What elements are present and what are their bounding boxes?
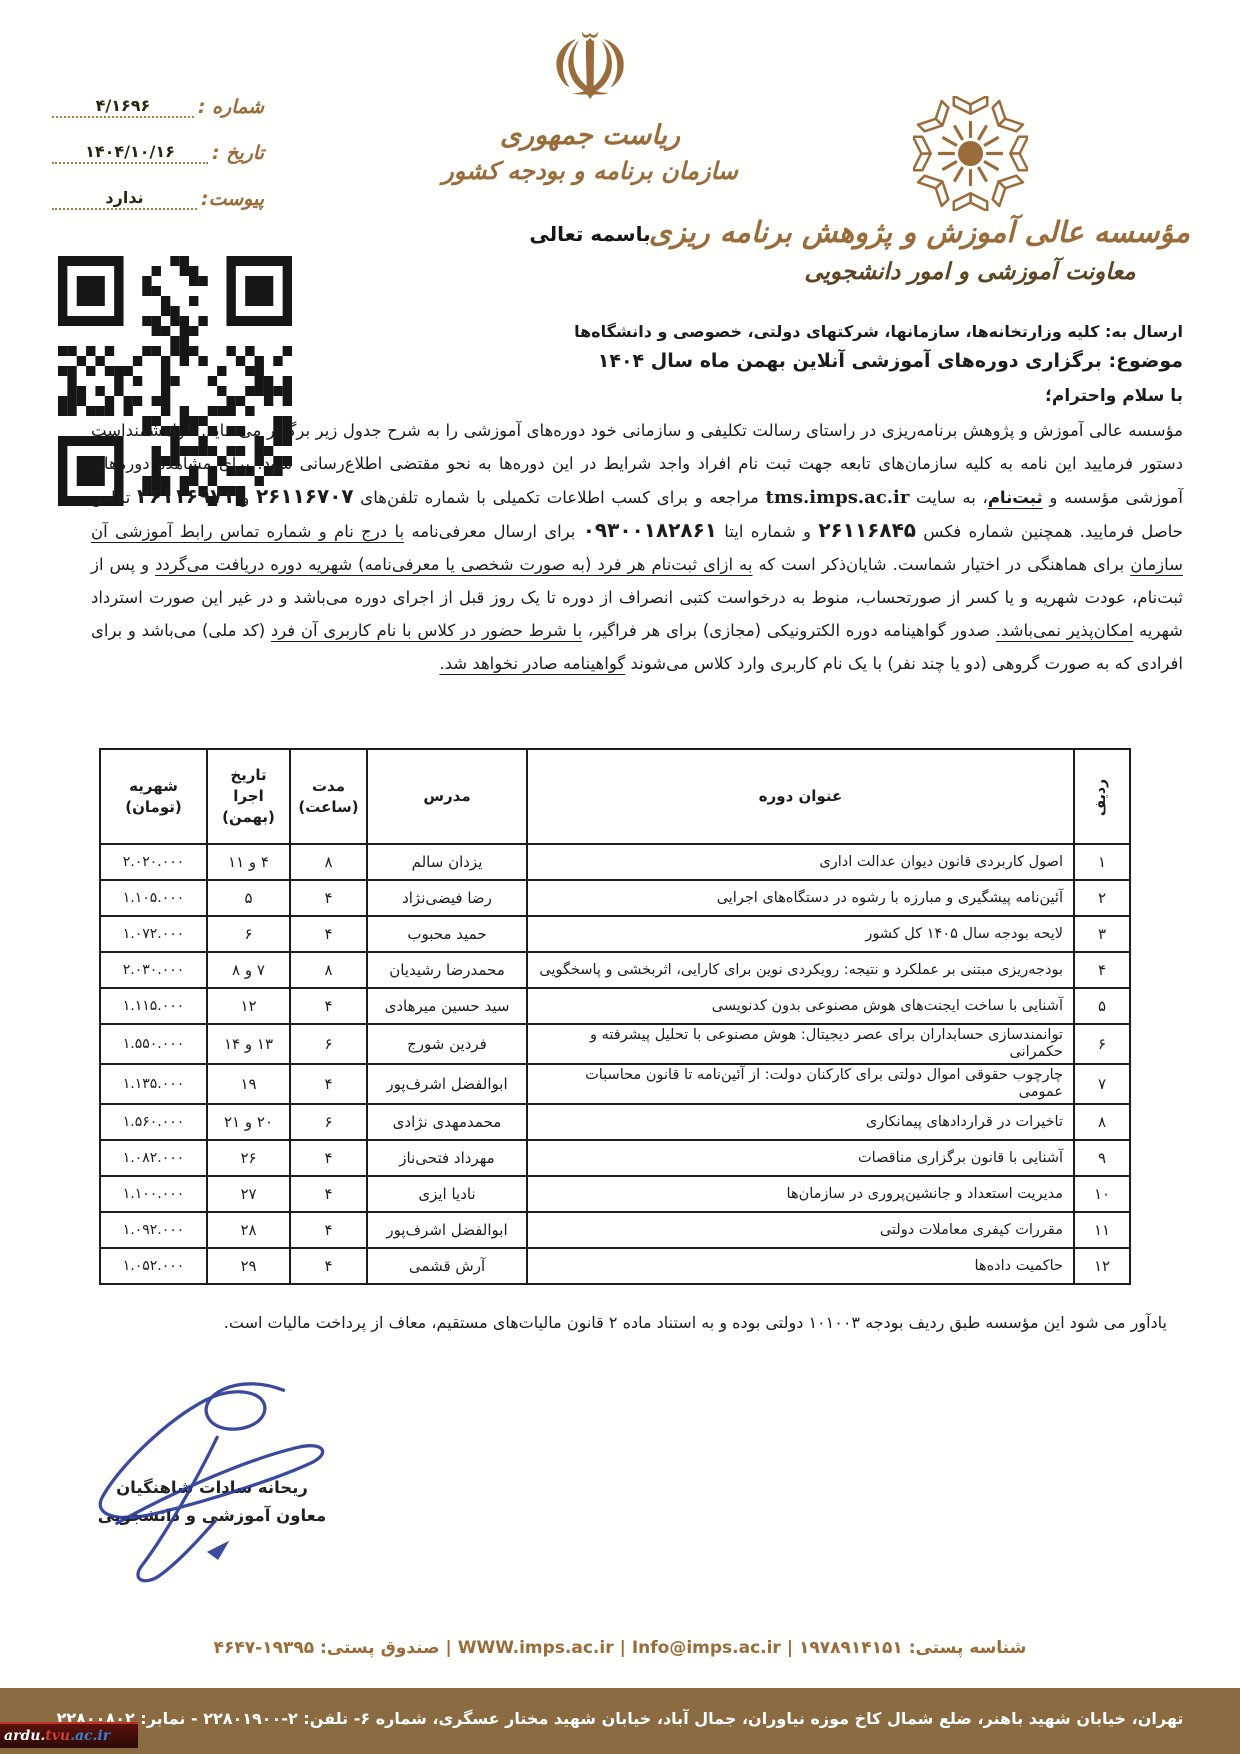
cell-title: آشنایی با قانون برگزاری مناقصات — [527, 1140, 1074, 1176]
cell-fee: ۱.۰۵۲.۰۰۰ — [100, 1248, 207, 1284]
cell-instructor: یزدان سالم — [367, 844, 527, 880]
cell-title: توانمندسازی حسابداران برای عصر دیجیتال: … — [527, 1024, 1074, 1064]
table-row: ۶توانمندسازی حسابداران برای عصر دیجیتال:… — [100, 1024, 1130, 1064]
watermark-suffix: .ac.ir — [70, 1728, 110, 1744]
course-table-body: ۱اصول کاربردی قانون دیوان عدالت ادارییزد… — [100, 844, 1130, 1284]
presidency-title: ریاست جمهوری — [420, 120, 760, 151]
table-row: ۲آئین‌نامه پیشگیری و مبارزه با رشوه در د… — [100, 880, 1130, 916]
body-segment: گواهینامه صادر نخواهد شد. — [439, 654, 625, 673]
body-segment: مراجعه و برای کسب اطلاعات تکمیلی با شمار… — [354, 488, 766, 507]
separator: | — [614, 1638, 632, 1658]
cell-no: ۱۰ — [1074, 1176, 1130, 1212]
cell-instructor: سید حسین میرهادی — [367, 988, 527, 1024]
cell-fee: ۱.۱۰۰.۰۰۰ — [100, 1176, 207, 1212]
cell-no: ۴ — [1074, 952, 1130, 988]
meta-row-date: تاریخ : ۱۴۰۴/۱۰/۱۶ — [52, 142, 264, 164]
body-segment: صدور گواهینامه دوره الکترونیکی (مجازی) ب… — [582, 621, 996, 640]
table-row: ۸تاخیرات در قراردادهای پیمانکاریمحمدمهدی… — [100, 1104, 1130, 1140]
signature-scribble — [62, 1378, 362, 1603]
cell-title: تاخیرات در قراردادهای پیمانکاری — [527, 1104, 1074, 1140]
date-value: ۱۴۰۴/۱۰/۱۶ — [52, 142, 208, 164]
cell-fee: ۱.۱۳۵.۰۰۰ — [100, 1064, 207, 1104]
iran-emblem-icon: ☫ — [420, 18, 760, 118]
cell-no: ۱۲ — [1074, 1248, 1130, 1284]
subject-line: موضوع: برگزاری دوره‌های آموزشی آنلاین به… — [57, 350, 1183, 372]
cell-date: ۱۲ — [207, 988, 290, 1024]
cell-fee: ۱.۰۹۲.۰۰۰ — [100, 1212, 207, 1248]
cell-instructor: آرش قشمی — [367, 1248, 527, 1284]
cell-date: ۶ — [207, 916, 290, 952]
cell-no: ۸ — [1074, 1104, 1130, 1140]
cell-instructor: رضا فیضی‌نژاد — [367, 880, 527, 916]
cell-no: ۶ — [1074, 1024, 1130, 1064]
header-row-number: ردیف — [1074, 749, 1130, 844]
cell-title: لایحه بودجه سال ۱۴۰۵ کل کشور — [527, 916, 1074, 952]
table-header-row: ردیف عنوان دوره مدرس مدت (ساعت) تاریخ اج… — [100, 749, 1130, 844]
cell-fee: ۱.۵۵۰.۰۰۰ — [100, 1024, 207, 1064]
cell-no: ۳ — [1074, 916, 1130, 952]
body-segment: برای هماهنگی در اختیار شماست. شایان‌ذکر … — [753, 555, 1131, 574]
salutation-line: با سلام واحترام؛ — [57, 386, 1183, 406]
meta-row-number: شماره : ۴/۱۶۹۶ — [52, 96, 264, 118]
body-segment: برای ارسال معرفی‌نامه — [404, 522, 583, 541]
cell-date: ۵ — [207, 880, 290, 916]
header-exec-date: تاریخ اجرا (بهمن) — [207, 749, 290, 844]
body-segment: ۲۶۱۱۶۸۴۵ — [818, 518, 916, 542]
meta-row-attachment: پیوست: ندارد — [52, 188, 264, 210]
contact-item: WWW.imps.ac.ir — [458, 1638, 614, 1658]
watermark-mid: tvu — [45, 1728, 70, 1744]
tax-note: یادآور می شود این مؤسسه طبق ردیف بودجه ۱… — [67, 1313, 1167, 1332]
header-duration: مدت (ساعت) — [290, 749, 367, 844]
header-course-title: عنوان دوره — [527, 749, 1074, 844]
table-row: ۱اصول کاربردی قانون دیوان عدالت ادارییزد… — [100, 844, 1130, 880]
table-row: ۱۱مقررات کیفری معاملات دولتیابوالفضل اشر… — [100, 1212, 1130, 1248]
cell-fee: ۱.۰۷۲.۰۰۰ — [100, 916, 207, 952]
table-row: ۹آشنایی با قانون برگزاری مناقصاتمهرداد ف… — [100, 1140, 1130, 1176]
cell-date: ۲۰ و ۲۱ — [207, 1104, 290, 1140]
cell-no: ۱ — [1074, 844, 1130, 880]
number-value: ۴/۱۶۹۶ — [52, 96, 194, 118]
cell-hours: ۴ — [290, 916, 367, 952]
cell-hours: ۴ — [290, 988, 367, 1024]
watermark-badge: ardu.tvu.ac.ir — [0, 1722, 138, 1748]
cell-title: حاکمیت داده‌ها — [527, 1248, 1074, 1284]
contact-item: صندوق پستی: ۱۹۳۹۵-۴۶۴۷ — [214, 1638, 440, 1658]
contact-item: Info@imps.ac.ir — [632, 1638, 781, 1658]
cell-hours: ۴ — [290, 1064, 367, 1104]
table-row: ۳لایحه بودجه سال ۱۴۰۵ کل کشورحمید محبوب۴… — [100, 916, 1130, 952]
cell-date: ۱۳ و ۱۴ — [207, 1024, 290, 1064]
institute-name: مؤسسه عالی آموزش و پژوهش برنامه ریزی — [750, 215, 1190, 249]
institute-header: مؤسسه عالی آموزش و پژوهش برنامه ریزی معا… — [750, 96, 1190, 285]
table-row: ۴بودجه‌ریزی مبتنی بر عملکرد و نتیجه: روی… — [100, 952, 1130, 988]
header-center: ☫ ریاست جمهوری سازمان برنامه و بودجه کشو… — [420, 18, 760, 185]
cell-hours: ۴ — [290, 1248, 367, 1284]
courses-table: ردیف عنوان دوره مدرس مدت (ساعت) تاریخ اج… — [99, 748, 1131, 1285]
cell-fee: ۲.۰۳۰.۰۰۰ — [100, 952, 207, 988]
cell-instructor: ابوالفضل اشرف‌پور — [367, 1212, 527, 1248]
cell-hours: ۶ — [290, 1104, 367, 1140]
attachment-label: پیوست: — [201, 188, 264, 210]
separator: | — [440, 1638, 458, 1658]
body-segment: ثبت‌نام — [988, 488, 1043, 507]
watermark-prefix: ardu. — [4, 1728, 45, 1744]
cell-instructor: فردین شورج — [367, 1024, 527, 1064]
cell-no: ۵ — [1074, 988, 1130, 1024]
cell-date: ۲۹ — [207, 1248, 290, 1284]
cell-title: آشنایی با ساخت ایجنت‌های هوش مصنوعی بدون… — [527, 988, 1074, 1024]
cell-title: بودجه‌ریزی مبتنی بر عملکرد و نتیجه: رویک… — [527, 952, 1074, 988]
cell-hours: ۸ — [290, 952, 367, 988]
header-fee: شهریه (تومان) — [100, 749, 207, 844]
cell-hours: ۸ — [290, 844, 367, 880]
body-segment: ۲۶۱۱۶۹۷۱ — [137, 484, 235, 508]
cell-instructor: محمدرضا رشیدیان — [367, 952, 527, 988]
body-segment: به ازای ثبت‌نام هر فرد (به صورت شخصی یا … — [155, 555, 752, 574]
body-segment: tms.imps.ac.ir — [766, 487, 910, 508]
cell-date: ۲۸ — [207, 1212, 290, 1248]
cell-no: ۲ — [1074, 880, 1130, 916]
cell-fee: ۱.۱۱۵.۰۰۰ — [100, 988, 207, 1024]
cell-fee: ۱.۰۸۲.۰۰۰ — [100, 1140, 207, 1176]
body-segment: امکان‌پذیر نمی‌باشد. — [996, 621, 1134, 640]
cell-date: ۱۹ — [207, 1064, 290, 1104]
cell-instructor: حمید محبوب — [367, 916, 527, 952]
body-segment: ۰۹۳۰۰۱۸۲۸۶۱ — [583, 518, 717, 542]
letter-meta: شماره : ۴/۱۶۹۶ تاریخ : ۱۴۰۴/۱۰/۱۶ پیوست:… — [52, 96, 264, 234]
cell-title: آئین‌نامه پیشگیری و مبارزه با رشوه در دس… — [527, 880, 1074, 916]
letter-page: ☫ ریاست جمهوری سازمان برنامه و بودجه کشو… — [0, 0, 1240, 1754]
table-row: ۷چارچوب حقوقی اموال دولتی برای کارکنان د… — [100, 1064, 1130, 1104]
contact-item: شناسه پستی: ۱۹۷۸۹۱۴۱۵۱ — [799, 1638, 1026, 1658]
cell-title: اصول کاربردی قانون دیوان عدالت اداری — [527, 844, 1074, 880]
attachment-value: ندارد — [52, 188, 197, 210]
cell-fee: ۲.۰۲۰.۰۰۰ — [100, 844, 207, 880]
separator: | — [781, 1638, 799, 1658]
cell-date: ۲۶ — [207, 1140, 290, 1176]
address-text: تهران، خیابان شهید باهنر، ضلع شمال کاخ م… — [0, 1688, 1240, 1728]
table-row: ۱۰مدیریت استعداد و جانشین‌پروری در سازما… — [100, 1176, 1130, 1212]
cell-fee: ۱.۱۰۵.۰۰۰ — [100, 880, 207, 916]
cell-title: مقررات کیفری معاملات دولتی — [527, 1212, 1074, 1248]
cell-instructor: مهرداد فتحی‌ناز — [367, 1140, 527, 1176]
cell-no: ۷ — [1074, 1064, 1130, 1104]
body-segment: و شماره ایتا — [717, 522, 818, 541]
cell-hours: ۴ — [290, 1140, 367, 1176]
address-bar: تهران، خیابان شهید باهنر، ضلع شمال کاخ م… — [0, 1688, 1240, 1754]
letter-body: مؤسسه عالی آموزش و پژوهش برنامه‌ریزی در … — [91, 414, 1183, 680]
letter-content: ارسال به: کلیه وزارتخانه‌ها، سازمانها، ش… — [57, 322, 1183, 680]
table-row: ۵آشنایی با ساخت ایجنت‌های هوش مصنوعی بدو… — [100, 988, 1130, 1024]
cell-no: ۹ — [1074, 1140, 1130, 1176]
header-instructor: مدرس — [367, 749, 527, 844]
body-segment: با شرط حضور در کلاس با نام کاربری آن فرد — [271, 621, 582, 640]
body-segment: و — [235, 488, 256, 507]
cell-date: ۲۷ — [207, 1176, 290, 1212]
body-segment: ، به سایت — [909, 488, 987, 507]
signature-block: ریحانه سادات شاهنگیان معاون آموزشی و دان… — [62, 1378, 362, 1603]
deputy-name: معاونت آموزشی و امور دانشجویی — [750, 259, 1190, 285]
cell-hours: ۴ — [290, 1212, 367, 1248]
send-to-line: ارسال به: کلیه وزارتخانه‌ها، سازمانها، ش… — [57, 322, 1183, 341]
cell-instructor: ابوالفضل اشرف‌پور — [367, 1064, 527, 1104]
cell-no: ۱۱ — [1074, 1212, 1130, 1248]
cell-date: ۴ و ۱۱ — [207, 844, 290, 880]
cell-title: مدیریت استعداد و جانشین‌پروری در سازمان‌… — [527, 1176, 1074, 1212]
cell-instructor: محمدمهدی نژادی — [367, 1104, 527, 1140]
cell-hours: ۴ — [290, 1176, 367, 1212]
table-row: ۱۲حاکمیت داده‌هاآرش قشمی۴۲۹۱.۰۵۲.۰۰۰ — [100, 1248, 1130, 1284]
cell-date: ۷ و ۸ — [207, 952, 290, 988]
organization-title: سازمان برنامه و بودجه کشور — [420, 157, 760, 185]
number-label: شماره : — [198, 96, 264, 118]
cell-fee: ۱.۵۶۰.۰۰۰ — [100, 1104, 207, 1140]
cell-hours: ۴ — [290, 880, 367, 916]
body-segment: ۲۶۱۱۶۷۰۷ — [256, 484, 354, 508]
cell-title: چارچوب حقوقی اموال دولتی برای کارکنان دو… — [527, 1064, 1074, 1104]
cell-hours: ۶ — [290, 1024, 367, 1064]
contact-line: شناسه پستی: ۱۹۷۸۹۱۴۱۵۱|Info@imps.ac.ir|W… — [0, 1638, 1240, 1658]
institute-logo — [913, 96, 1028, 211]
cell-instructor: نادیا ایزی — [367, 1176, 527, 1212]
date-label: تاریخ : — [212, 142, 264, 164]
